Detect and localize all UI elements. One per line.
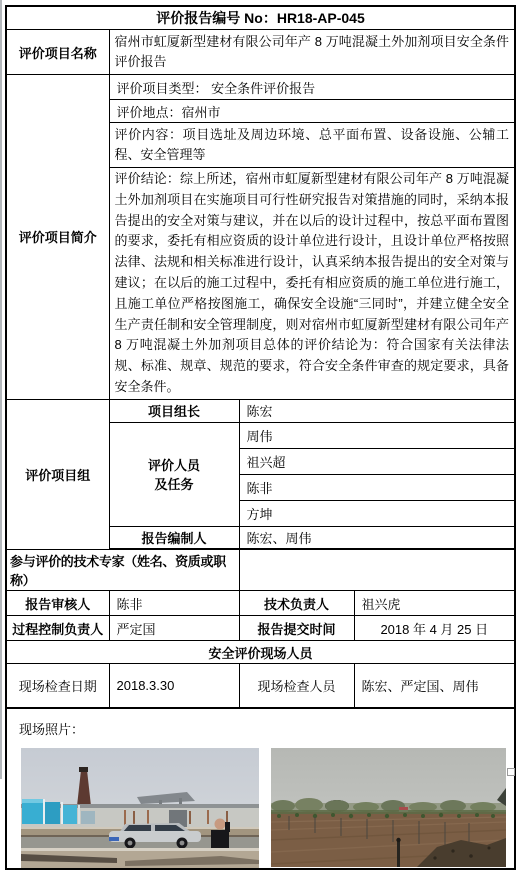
factory-site-photo	[21, 748, 259, 779]
project-name-label: 评价项目名称	[6, 30, 109, 75]
profile-label: 评价项目简介	[6, 75, 109, 400]
reviewer-value: 陈非	[109, 591, 239, 616]
profile-type: 评价项目类型： 安全条件评价报告	[109, 75, 515, 100]
team-member: 祖兴超	[239, 448, 515, 474]
profile-conclusion: 评价结论：综上所述，宿州市虹厦新型建材有限公司年产 8 万吨混凝土外加剂项目在实…	[109, 168, 515, 400]
table-resize-handle[interactable]	[507, 768, 515, 776]
team-member: 陈非	[239, 474, 515, 500]
field-site-photo	[271, 748, 506, 779]
evaluation-report-table: 评价报告编号 No：HR18-AP-045 评价项目名称 宿州市虹厦新型建材有限…	[5, 5, 516, 779]
inspectors-label: 现场检查人员	[239, 664, 354, 708]
site-personnel-header: 安全评价现场人员	[6, 641, 515, 664]
site-photos-section: 现场照片：	[6, 708, 515, 779]
inspection-date-label: 现场检查日期	[6, 664, 109, 708]
submit-time-label: 报告提交时间	[239, 616, 354, 641]
report-writer-label: 报告编制人	[109, 526, 239, 549]
team-member: 周伟	[239, 422, 515, 448]
team-member: 方坤	[239, 500, 515, 526]
project-name-value: 宿州市虹厦新型建材有限公司年产 8 万吨混凝土外加剂项目安全条件评价报告	[109, 30, 515, 75]
report-number: 评价报告编号 No：HR18-AP-045	[6, 6, 515, 30]
process-control-value: 严定国	[109, 616, 239, 641]
report-document: 评价报告编号 No：HR18-AP-045 评价项目名称 宿州市虹厦新型建材有限…	[5, 5, 514, 779]
site-photos-row	[7, 748, 514, 779]
team-label: 评价项目组	[6, 399, 109, 549]
tech-lead-value: 祖兴虎	[354, 591, 515, 616]
inspectors-value: 陈宏、严定国、周伟	[354, 664, 515, 708]
reviewer-label: 报告审核人	[6, 591, 109, 616]
site-photos-label: 现场照片：	[7, 709, 514, 738]
experts-label: 参与评价的技术专家（姓名、资质或职称）	[6, 549, 239, 591]
profile-location: 评价地点：宿州市	[109, 100, 515, 123]
team-members-label: 评价人员 及任务	[109, 422, 239, 526]
team-leader-value: 陈宏	[239, 399, 515, 422]
tech-lead-label: 技术负责人	[239, 591, 354, 616]
profile-content: 评价内容：项目选址及周边环境、总平面布置、设备设施、公辅工程、安全管理等	[109, 123, 515, 168]
window-edge-strip	[0, 0, 2, 779]
process-control-label: 过程控制负责人	[6, 616, 109, 641]
team-leader-label: 项目组长	[109, 399, 239, 422]
submit-time-value: 2018 年 4 月 25 日	[354, 616, 515, 641]
experts-value	[239, 549, 515, 591]
inspection-date-value: 2018.3.30	[109, 664, 239, 708]
report-writer-value: 陈宏、周伟	[239, 526, 515, 549]
